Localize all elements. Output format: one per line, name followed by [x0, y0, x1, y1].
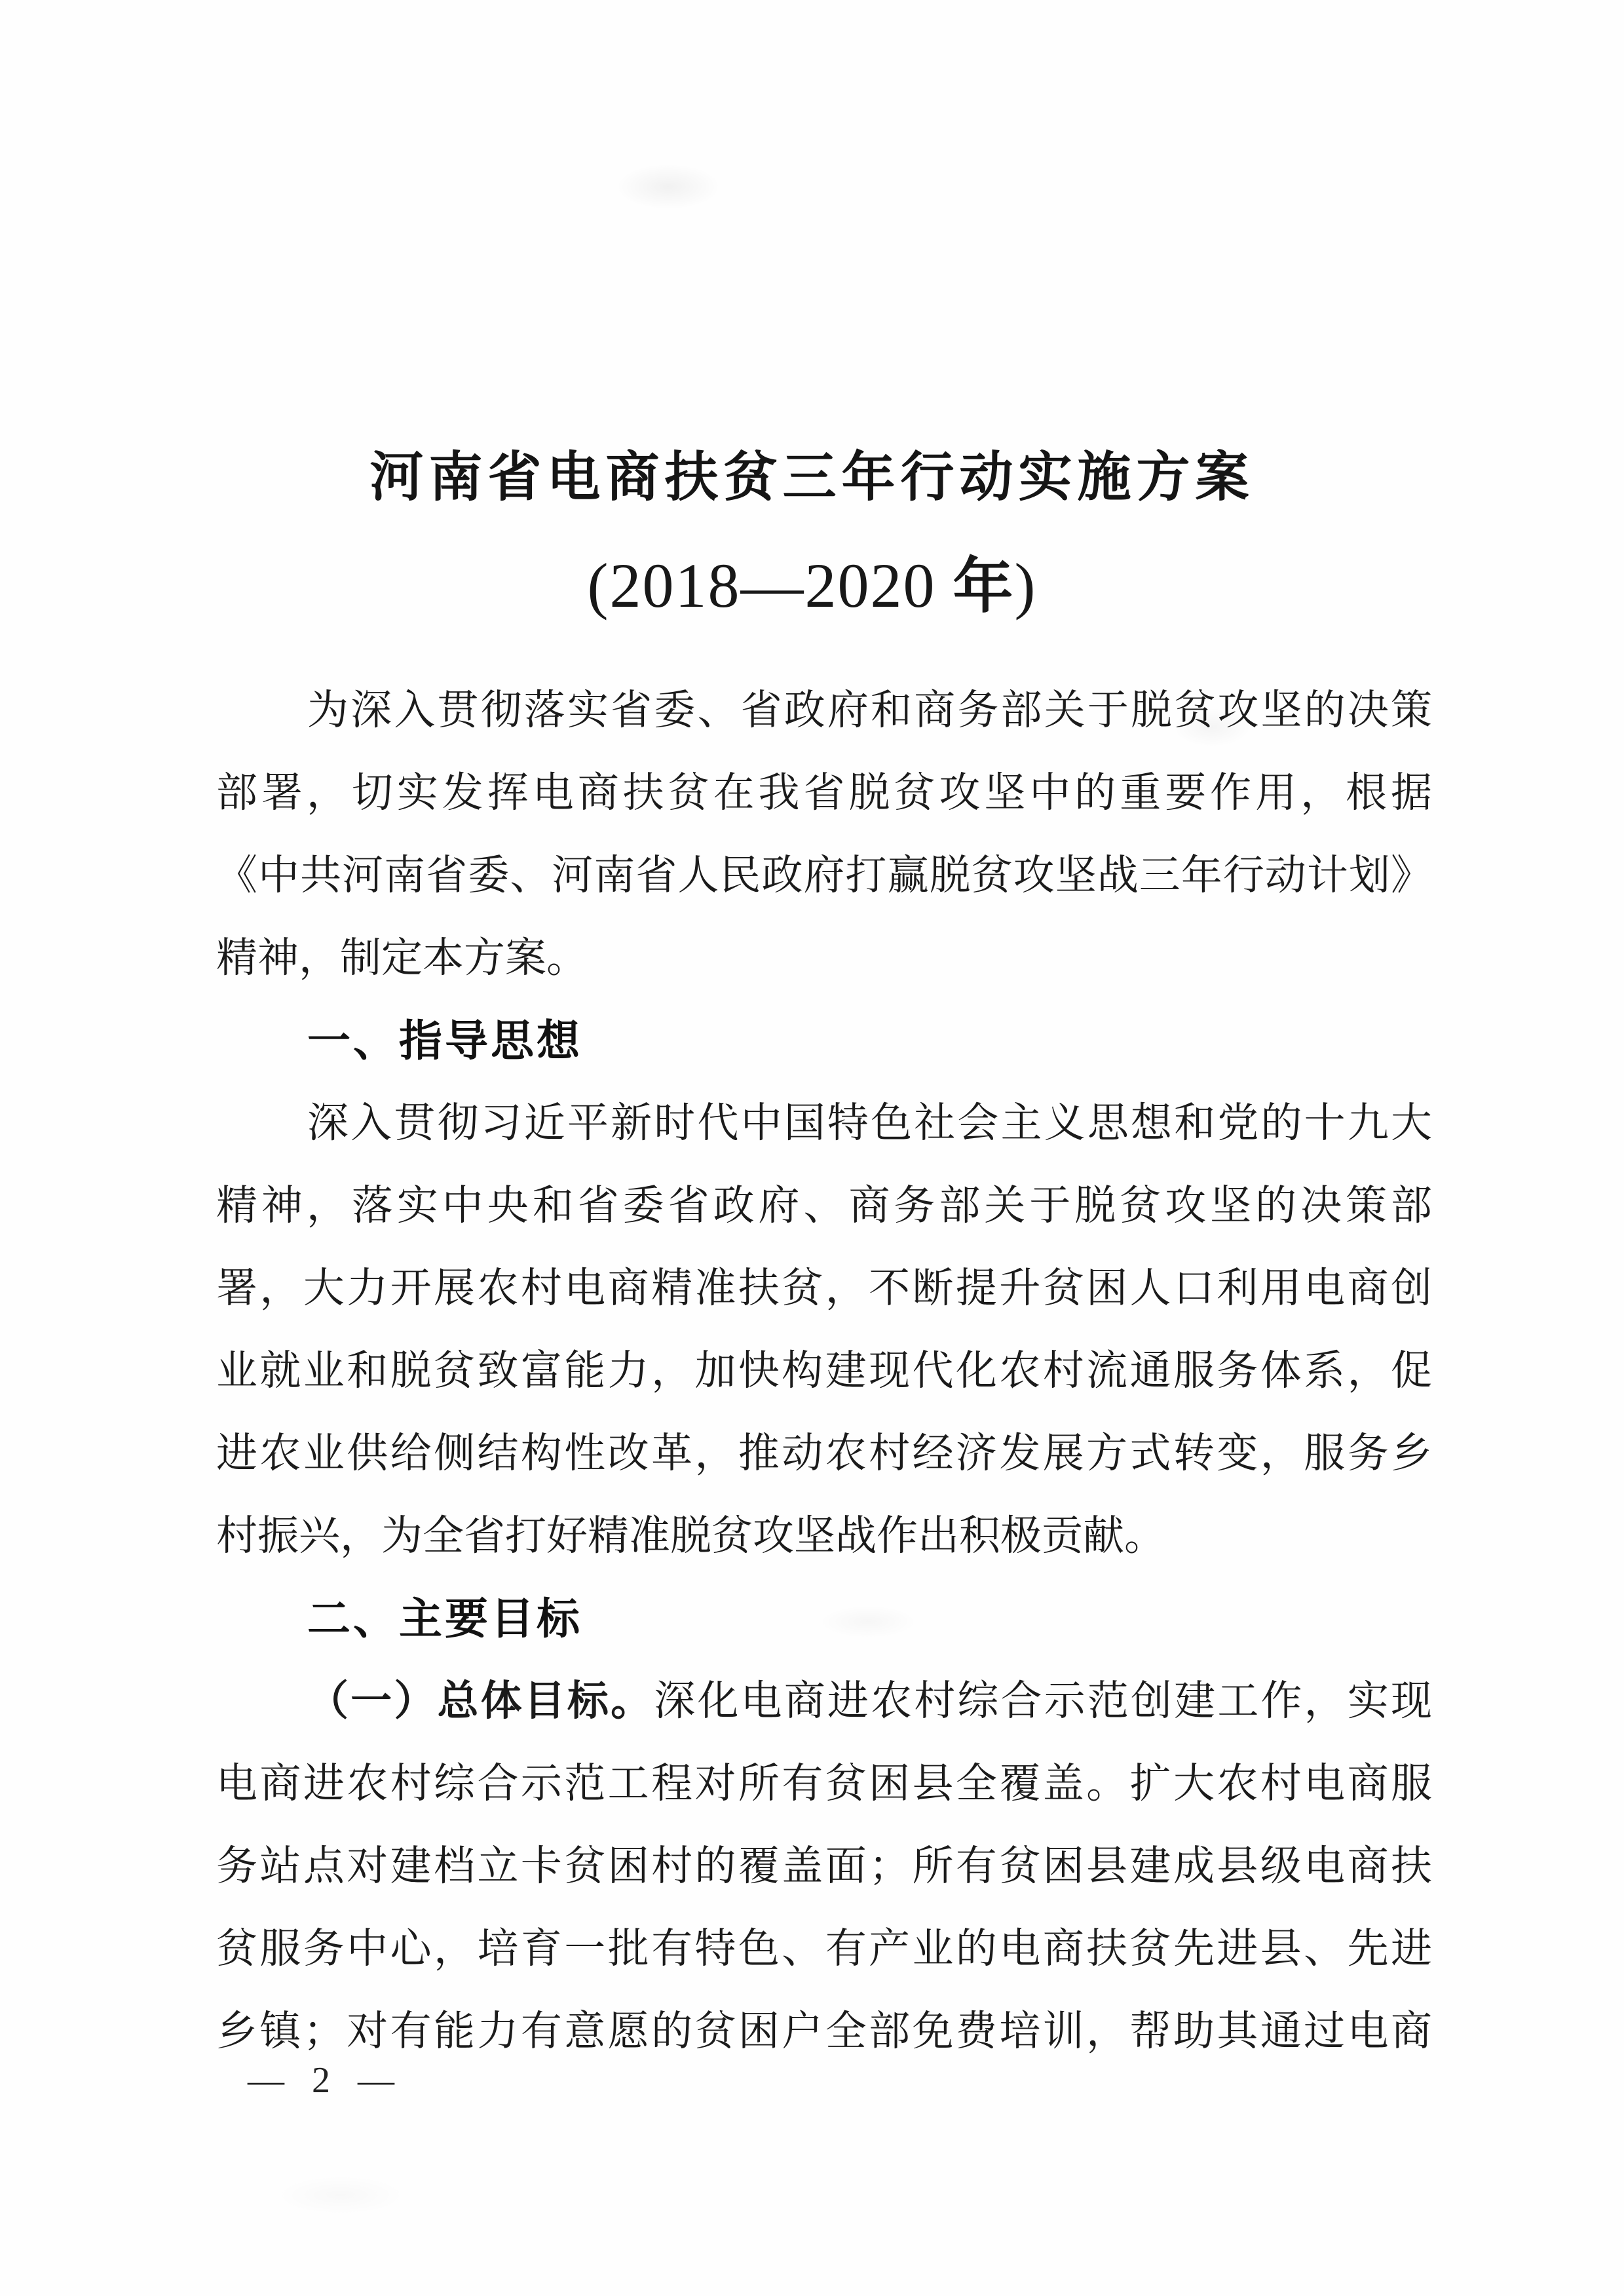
body-line: 《中共河南省委、河南省人民政府打赢脱贫攻坚战三年行动计划》: [216, 834, 1432, 917]
body-line: 业就业和脱贫致富能力，加快构建现代化农村流通服务体系，促: [216, 1330, 1432, 1412]
scanned-document-page: 河南省电商扶贫三年行动实施方案 (2018—2020 年) 为深入贯彻落实省委、…: [0, 0, 1624, 2296]
section-heading-1: 一、指导思想: [216, 999, 1432, 1082]
body-line: 深入贯彻习近平新时代中国特色社会主义思想和党的十九大: [216, 1082, 1432, 1164]
scan-noise-blob: [275, 2175, 406, 2215]
subsection-lead-rest: 深化电商进农村综合示范创建工作，实现: [654, 1678, 1432, 1724]
body-line: 为深入贯彻落实省委、省政府和商务部关于脱贫攻坚的决策: [216, 669, 1432, 752]
body-line: 精神，落实中央和省委省政府、商务部关于脱贫攻坚的决策部: [216, 1164, 1432, 1247]
body-line: 精神，制定本方案。: [216, 917, 1432, 999]
body-line: 署，大力开展农村电商精准扶贫，不断提升贫困人口利用电商创: [216, 1247, 1432, 1330]
document-body: 为深入贯彻落实省委、省政府和商务部关于脱贫攻坚的决策 部署，切实发挥电商扶贫在我…: [216, 669, 1432, 2073]
page-number: — 2 —: [248, 2057, 404, 2103]
subtitle-year-character: 年: [953, 553, 1014, 620]
document-title: 河南省电商扶贫三年行动实施方案: [0, 442, 1624, 514]
subtitle-close-paren: ): [1015, 550, 1037, 621]
body-line: 电商进农村综合示范工程对所有贫困县全覆盖。扩大农村电商服: [216, 1742, 1432, 1825]
subtitle-year-range: (2018—2020: [588, 550, 953, 621]
body-line: 务站点对建档立卡贫困村的覆盖面；所有贫困县建成县级电商扶: [216, 1825, 1432, 1907]
body-line: 贫服务中心，培育一批有特色、有产业的电商扶贫先进县、先进: [216, 1907, 1432, 1990]
subsection-lead: （一）总体目标。: [307, 1678, 654, 1724]
body-line: 进农业供给侧结构性改革，推动农村经济发展方式转变，服务乡: [216, 1412, 1432, 1495]
body-line: 部署，切实发挥电商扶贫在我省脱贫攻坚中的重要作用，根据: [216, 752, 1432, 834]
scan-noise-blob: [616, 164, 721, 210]
section-heading-2: 二、主要目标: [216, 1577, 1432, 1660]
document-subtitle: (2018—2020 年): [0, 545, 1624, 627]
body-line: （一）总体目标。深化电商进农村综合示范创建工作，实现: [216, 1660, 1432, 1742]
body-line: 村振兴，为全省打好精准脱贫攻坚战作出积极贡献。: [216, 1495, 1432, 1577]
